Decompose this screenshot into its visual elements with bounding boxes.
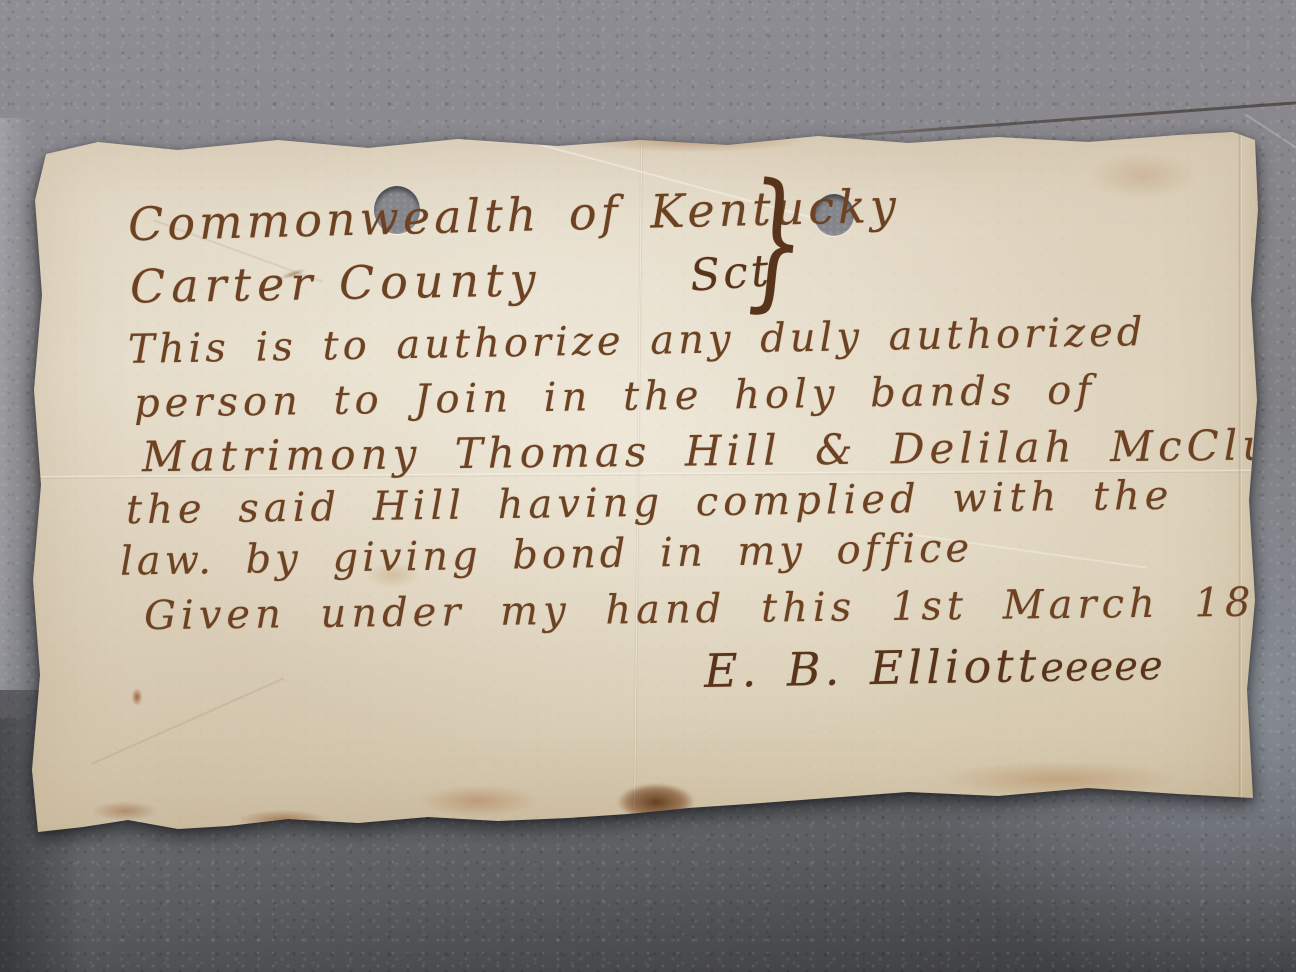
photo-backdrop: Commonwealth of Kentucky Carter County }… xyxy=(0,0,1296,972)
document-paper-wrap: Commonwealth of Kentucky Carter County }… xyxy=(28,130,1258,836)
document-paper: Commonwealth of Kentucky Carter County }… xyxy=(28,130,1258,836)
stain-dot-bottom xyxy=(178,866,186,874)
heading-sct-abbreviation: Sct xyxy=(688,245,773,302)
signature-flourish: eeeee xyxy=(1040,643,1164,691)
heading-county: Carter County xyxy=(130,252,542,313)
signature-line: E. B. Elliotteeeee xyxy=(704,636,1164,698)
signature-name: E. B. Elliott xyxy=(704,638,1041,698)
